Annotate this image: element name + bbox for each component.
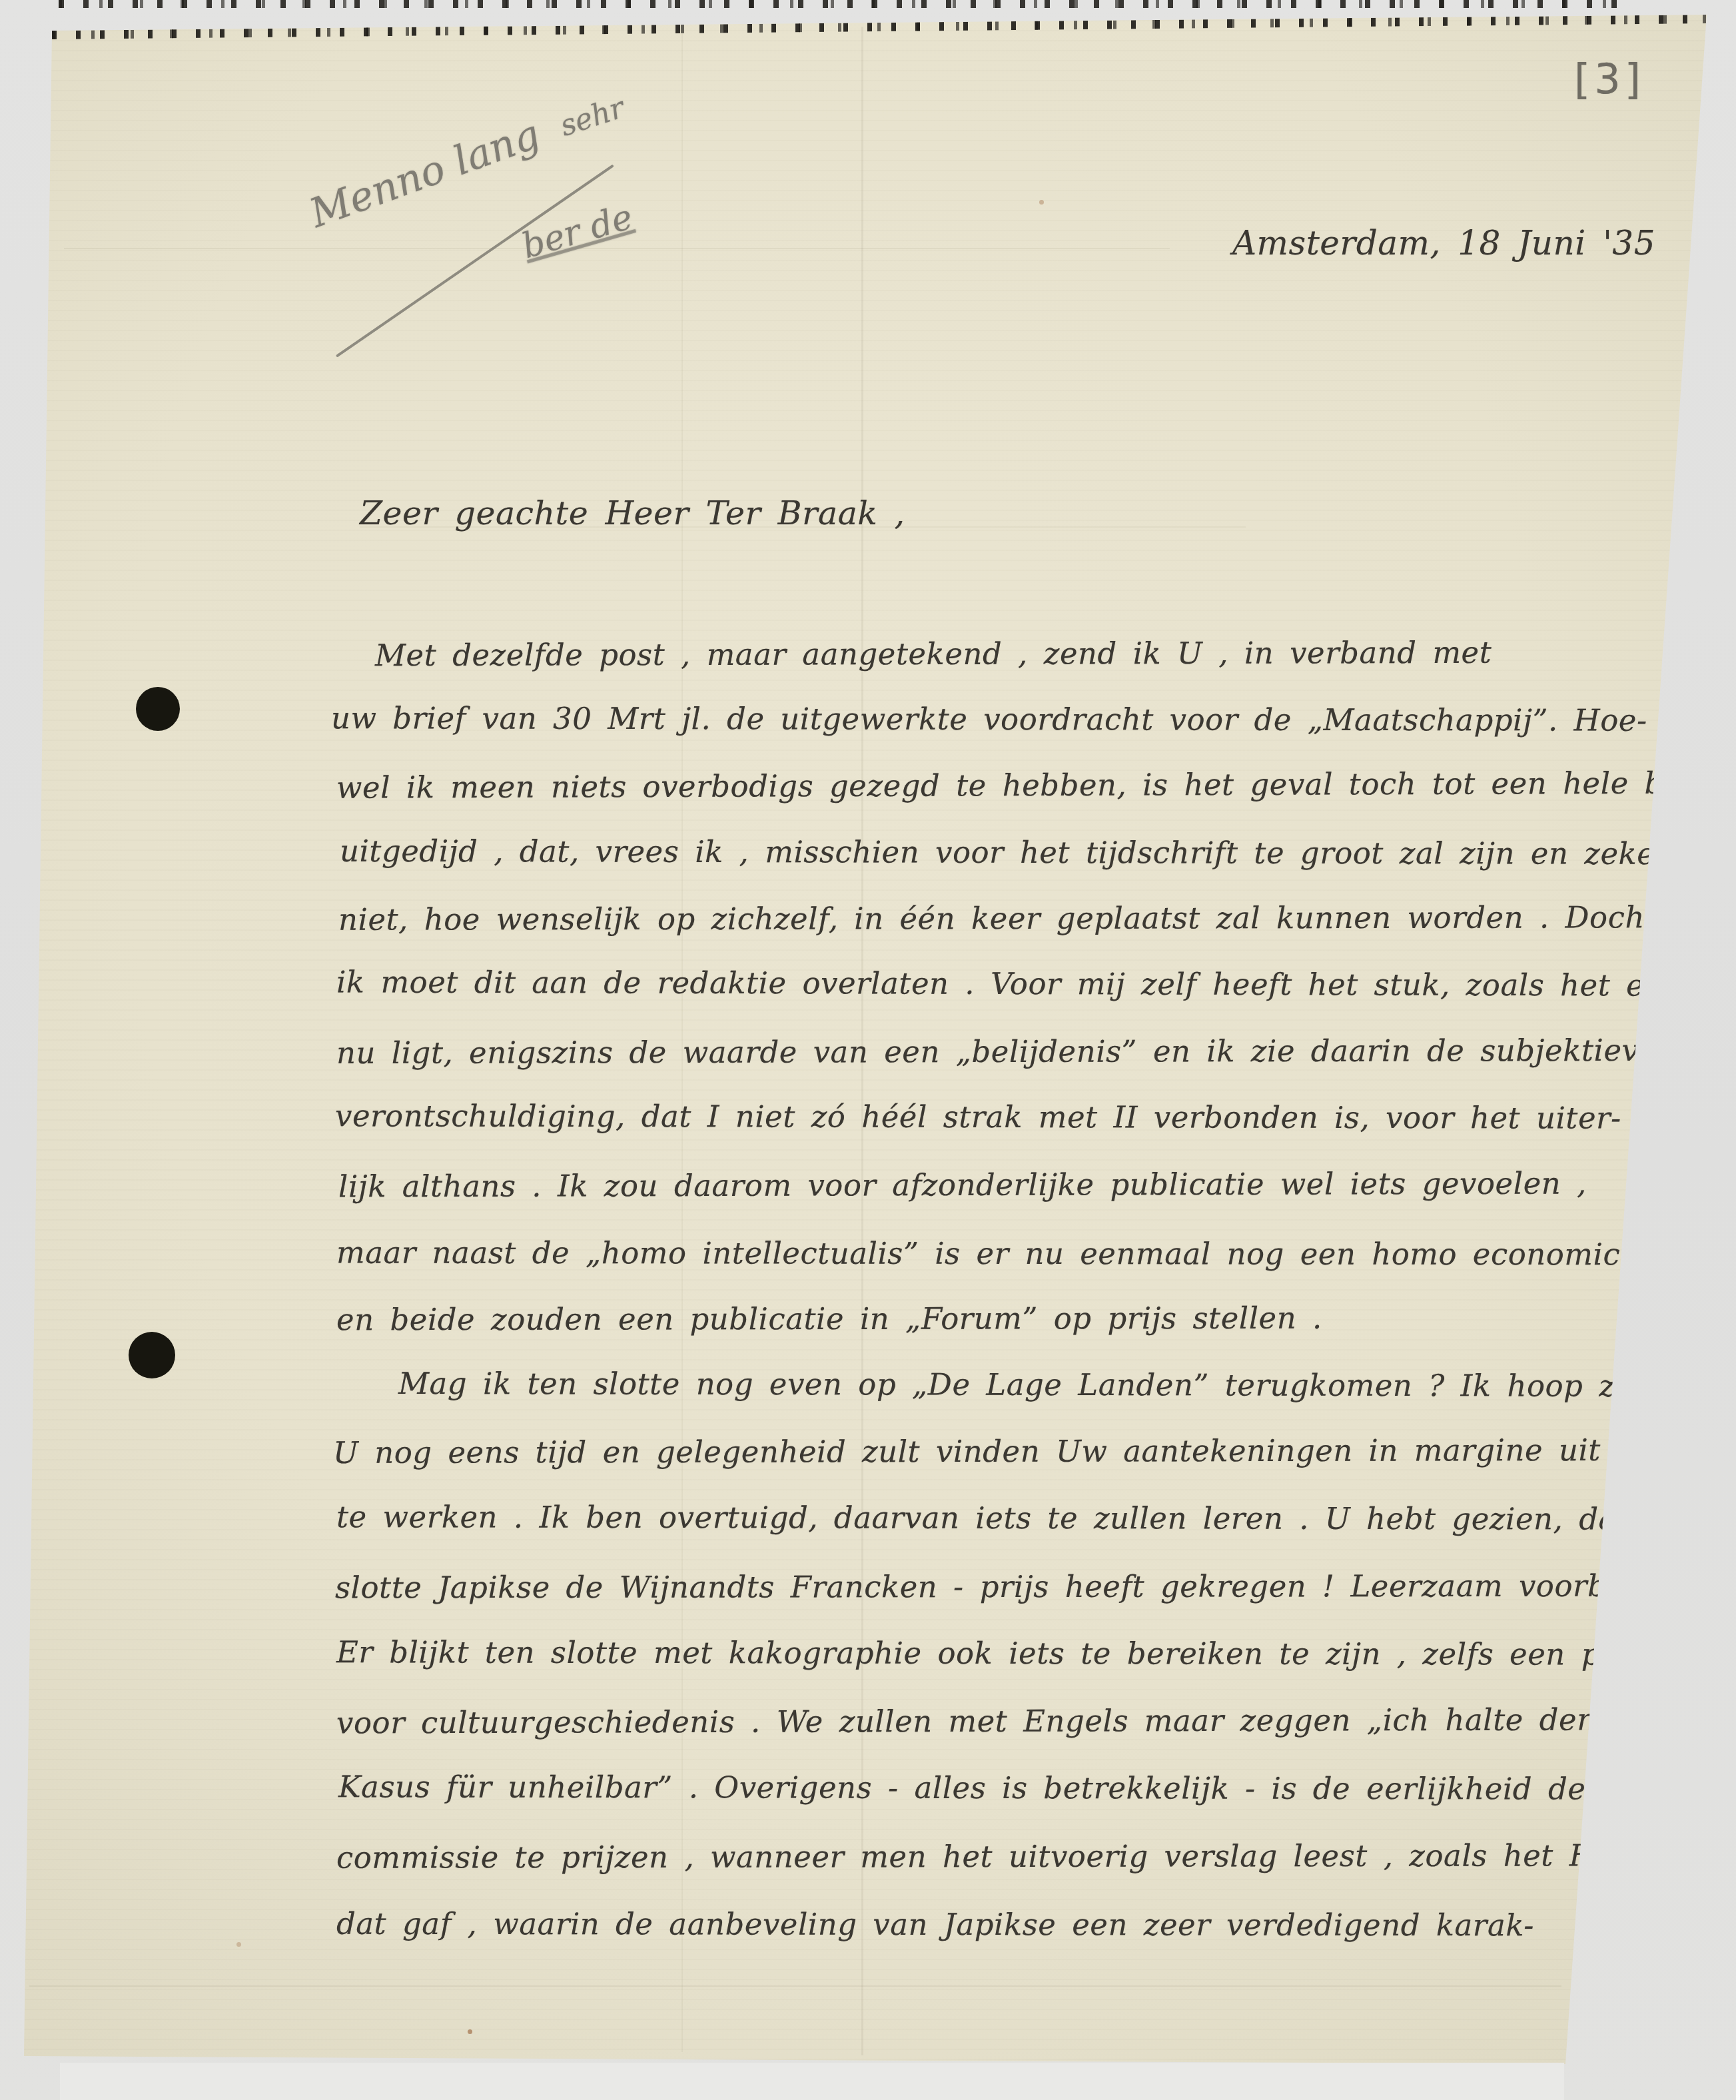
- page-number-annotation: [3]: [1574, 55, 1645, 103]
- dateline: Amsterdam, 18 Juni '35: [1232, 224, 1655, 262]
- handwritten-line: uitgedijd , dat, vrees ik , misschien vo…: [340, 833, 1736, 871]
- pencil-annotation-main: Menno lang: [304, 111, 546, 237]
- perforation-marks-top: [59, 0, 1617, 8]
- punch-hole: [129, 1332, 175, 1378]
- handwritten-line: en beide zouden een publicatie in „Forum…: [336, 1301, 1322, 1338]
- handwritten-line: verontschuldiging, dat I niet zó héél st…: [335, 1098, 1621, 1135]
- pencil-annotation-word: sehr: [556, 91, 629, 143]
- handwritten-line: Met dezelfde post , maar aangetekend , z…: [375, 635, 1492, 673]
- handwritten-line: U nog eens tijd en gelegenheid zult vind…: [333, 1432, 1601, 1470]
- torn-edge: [52, 15, 1709, 39]
- salutation: Zeer geachte Heer Ter Braak ,: [360, 494, 905, 532]
- handwritten-line: voor cultuurgeschiedenis . We zullen met…: [336, 1702, 1597, 1741]
- handwritten-line: wel ik meen niets overbodigs gezegd te h…: [336, 765, 1736, 805]
- handwritten-line: Er blijkt ten slotte met kakographie ook…: [336, 1634, 1651, 1672]
- fold-crease-horizontal: [29, 1985, 1561, 1987]
- foxing-speck: [236, 1942, 241, 1947]
- handwritten-line: maar naast de „homo intellectualis” is e…: [336, 1235, 1655, 1273]
- letter-scan: sehr Menno lang ber de [3] Amsterdam, 18…: [0, 0, 1736, 2100]
- handwritten-line: ik moet dit aan de redaktie overlaten . …: [336, 964, 1659, 1003]
- handwritten-line: dat gaf , waarin de aanbeveling van Japi…: [336, 1906, 1534, 1943]
- handwritten-line: Mag ik ten slotte nog even op „De Lage L…: [398, 1366, 1736, 1404]
- handwritten-line: niet, hoe wenselijk op zichzelf, in één …: [338, 899, 1645, 937]
- foxing-speck: [1649, 1106, 1654, 1111]
- fold-crease-horizontal: [64, 248, 1170, 249]
- scanner-bed-strip: [60, 2063, 1564, 2100]
- punch-hole: [136, 687, 180, 731]
- pencil-annotation-sub: ber de: [518, 197, 637, 266]
- handwritten-line: nu ligt, enigszins de waarde van een „be…: [336, 1033, 1657, 1071]
- handwritten-line: te werken . Ik ben overtuigd, daarvan ie…: [336, 1499, 1695, 1537]
- handwritten-line: Kasus für unheilbar” . Overigens - alles…: [338, 1769, 1601, 1806]
- handwritten-line: uw brief van 30 Mrt jl. de uitgewerkte v…: [331, 700, 1647, 738]
- handwritten-line: commissie te prijzen , wanneer men het u…: [336, 1837, 1674, 1875]
- handwritten-line: slotte Japikse de Wijnandts Francken - p…: [335, 1568, 1683, 1606]
- foxing-speck: [1039, 200, 1044, 205]
- handwritten-line: lijk althans . Ik zou daarom voor afzond…: [338, 1166, 1587, 1205]
- letter-paper: sehr Menno lang ber de [3] Amsterdam, 18…: [0, 0, 1736, 2100]
- foxing-speck: [468, 2029, 472, 2034]
